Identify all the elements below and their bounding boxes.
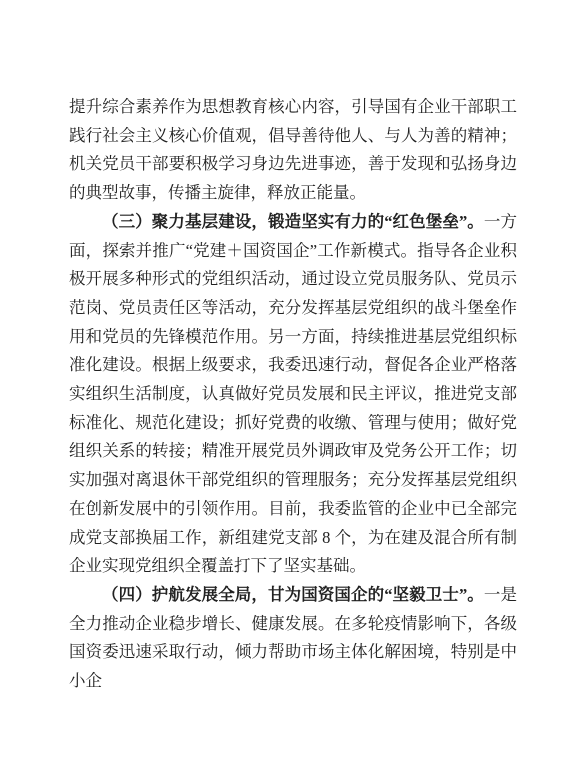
paragraph-text: 一方面，探索并推广“党建＋国资国企”工作新模式。指导各企业积极开展多种形式的党组… <box>69 212 517 575</box>
section-three-heading: （三）聚力基层建设，锻造坚实有力的“红色堡垒”。 <box>102 212 484 231</box>
section-four-heading: （四）护航发展全局，甘为国资国企的“坚毅卫士”。 <box>102 585 484 604</box>
document-page: 提升综合素养作为思想教育核心内容，引导国有企业干部职工践行社会主义核心价值观，倡… <box>0 0 586 759</box>
paragraph-section-three: （三）聚力基层建设，锻造坚实有力的“红色堡垒”。一方面，探索并推广“党建＋国资国… <box>69 208 517 581</box>
document-content: 提升综合素养作为思想教育核心内容，引导国有企业干部职工践行社会主义核心价值观，倡… <box>69 93 517 696</box>
paragraph-section-four: （四）护航发展全局，甘为国资国企的“坚毅卫士”。一是全力推动企业稳步增长、健康发… <box>69 581 517 696</box>
paragraph-continuation: 提升综合素养作为思想教育核心内容，引导国有企业干部职工践行社会主义核心价值观，倡… <box>69 93 517 208</box>
paragraph-text: 提升综合素养作为思想教育核心内容，引导国有企业干部职工践行社会主义核心价值观，倡… <box>69 97 517 202</box>
